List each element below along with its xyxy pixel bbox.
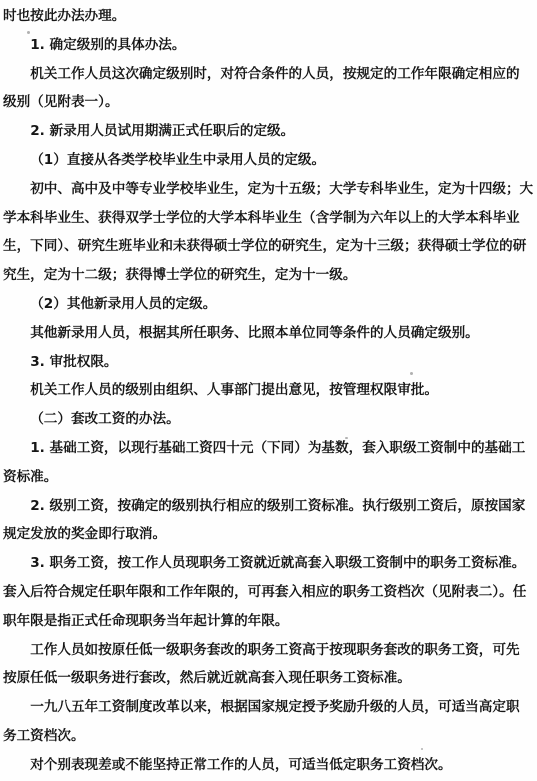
text-line: （二）套改工资的办法。 bbox=[3, 405, 534, 434]
text-line: 其他新录用人员，根据其所任职务、比照本单位同等条件的人员确定级别。 bbox=[3, 319, 534, 348]
text-line: 机关工作人员这次确定级别时，对符合条件的人员，按规定的工作年限确定相应的 bbox=[3, 60, 534, 89]
text-line: 套入后符合规定任职年限和工作年限的，可再套入相应的职务工资档次（见附表二）。任 bbox=[3, 578, 534, 607]
text-line: 工作人员如按原任低一级职务套改的职务工资高于按现职务套改的职务工资，可先 bbox=[3, 636, 534, 665]
text-line: 3. 审批权限。 bbox=[3, 348, 534, 377]
text-line: 1. 基础工资，以现行基础工资四十元（下同）为基数，套入职级工资制中的基础工 bbox=[3, 434, 534, 463]
text-line: 1. 确定级别的具体办法。 bbox=[3, 31, 534, 60]
text-line: 规定发放的奖金即行取消。 bbox=[3, 520, 534, 549]
text-line: 学本科毕业生、获得双学士学位的大学本科毕业生（含学制为六年以上的大学本科毕业 bbox=[3, 204, 534, 233]
text-line: 机关工作人员的级别由组织、人事部门提出意见，按管理权限审批。 bbox=[3, 376, 534, 405]
text-line: 一九八五年工资制度改革以来，根据国家规定授予奖励升级的人员，可适当高定职 bbox=[3, 693, 534, 722]
text-line: 按原任低一级职务进行套改，然后就近就高套入现任职务工资标准。 bbox=[3, 664, 534, 693]
text-line: 究生，定为十二级；获得博士学位的研究生，定为十一级。 bbox=[3, 261, 534, 290]
text-line: 级别（见附表一）。 bbox=[3, 88, 534, 117]
text-line: （1）直接从各类学校毕业生中录用人员的定级。 bbox=[3, 146, 534, 175]
text-line: 资标准。 bbox=[3, 463, 534, 492]
text-line: 3. 职务工资，按工作人员现职务工资就近就高套入职级工资制中的职务工资标准。 bbox=[3, 549, 534, 578]
text-line: 职年限是指正式任命现职务当年起计算的年限。 bbox=[3, 607, 534, 636]
text-line: 初中、高中及中等专业学校毕业生，定为十五级；大学专科毕业生，定为十四级；大 bbox=[3, 175, 534, 204]
scan-speck bbox=[27, 31, 30, 34]
text-line: 2. 级别工资，按确定的级别执行相应的级别工资标准。执行级别工资后，原按国家 bbox=[3, 492, 534, 521]
text-line: 对个别表现差或不能坚持正常工作的人员，可适当低定职务工资档次。 bbox=[3, 751, 534, 780]
document-text: 时也按此办法办理。1. 确定级别的具体办法。机关工作人员这次确定级别时，对符合条… bbox=[3, 2, 534, 780]
document-page: 时也按此办法办理。1. 确定级别的具体办法。机关工作人员这次确定级别时，对符合条… bbox=[0, 0, 537, 781]
scan-speck bbox=[421, 748, 423, 750]
text-line: 生，下同）、研究生班毕业和未获得硕士学位的研究生，定为十三级；获得硕士学位的研 bbox=[3, 232, 534, 261]
scan-speck bbox=[345, 437, 348, 439]
scan-speck bbox=[410, 372, 413, 375]
text-line: 务工资档次。 bbox=[3, 722, 534, 751]
scan-speck bbox=[500, 505, 503, 507]
text-line: （2）其他新录用人员的定级。 bbox=[3, 290, 534, 319]
text-line: 时也按此办法办理。 bbox=[3, 2, 534, 31]
text-line: 2. 新录用人员试用期满正式任职后的定级。 bbox=[3, 117, 534, 146]
